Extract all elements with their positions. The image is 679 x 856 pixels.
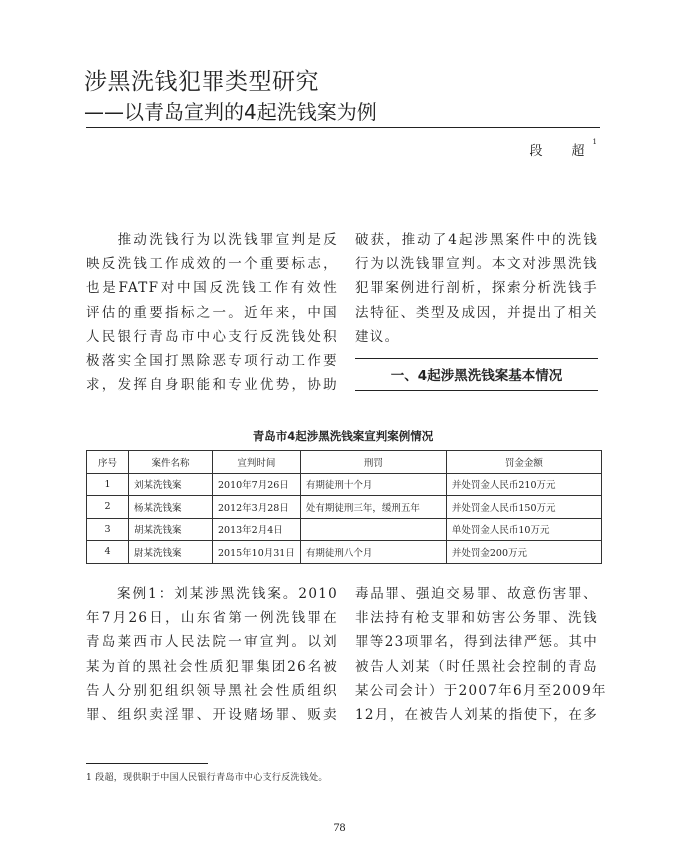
text-line: 犯罪案例进行剖析，探索分析洗钱手 bbox=[355, 276, 598, 300]
cell-case-name: 刘某洗钱案 bbox=[129, 473, 213, 496]
cell-no: 3 bbox=[87, 518, 129, 541]
text-line: 映反洗钱工作成效的一个重要标志， bbox=[86, 252, 338, 276]
cell-verdict-date: 2010年7月26日 bbox=[213, 473, 301, 496]
text-line: 青岛莱西市人民法院一审宣判。以刘 bbox=[86, 630, 338, 654]
text-line: 也是FATF对中国反洗钱工作有效性 bbox=[86, 276, 338, 300]
table-row: 3 胡某洗钱案 2013年2月4日 单处罚金人民币10万元 bbox=[87, 518, 602, 541]
text-line: 12月，在被告人刘某的指使下，在多 bbox=[355, 703, 598, 727]
cell-fine: 并处罚金人民币210万元 bbox=[446, 473, 601, 496]
text-line: 建议。 bbox=[355, 325, 598, 349]
column-header-penalty: 刑罚 bbox=[300, 451, 446, 474]
text-line: 某公司会计）于2007年6月至2009年 bbox=[355, 679, 598, 703]
author-byline: 段 超1 bbox=[530, 140, 597, 159]
text-line: 人民银行青岛市中心支行反洗钱处积 bbox=[86, 325, 338, 349]
text-line: 被告人刘某（时任黑社会控制的青岛 bbox=[355, 655, 598, 679]
footnote: 1 段超，现供职于中国人民银行青岛市中心支行反洗钱处。 bbox=[86, 770, 328, 783]
table-row: 1 刘某洗钱案 2010年7月26日 有期徒刑十个月 并处罚金人民币210万元 bbox=[87, 473, 602, 496]
cell-penalty: 有期徒刑十个月 bbox=[300, 473, 446, 496]
cell-verdict-date: 2012年3月28日 bbox=[213, 496, 301, 519]
text-line: 极落实全国打黑除恶专项行动工作要 bbox=[86, 349, 338, 373]
intro-right-column: 破获，推动了4起涉黑案件中的洗钱 行为以洗钱罪宣判。本文对涉黑洗钱 犯罪案例进行… bbox=[355, 228, 598, 349]
text-line: 推动洗钱行为以洗钱罪宣判是反 bbox=[86, 228, 338, 252]
column-header-case-name: 案件名称 bbox=[129, 451, 213, 474]
cell-no: 4 bbox=[87, 541, 129, 564]
cell-no: 1 bbox=[87, 473, 129, 496]
cell-case-name: 胡某洗钱案 bbox=[129, 518, 213, 541]
cases-table: 序号 案件名称 宣判时间 刑罚 罚金金额 1 刘某洗钱案 2010年7月26日 … bbox=[86, 450, 602, 564]
text-line: 行为以洗钱罪宣判。本文对涉黑洗钱 bbox=[355, 252, 598, 276]
title-divider bbox=[86, 127, 600, 128]
text-line: 案例1：刘某涉黑洗钱案。2010 bbox=[86, 582, 338, 606]
footnote-divider bbox=[86, 763, 208, 764]
text-line: 告人分别犯组织领导黑社会性质组织 bbox=[86, 679, 338, 703]
text-line: 罪等23项罪名，得到法律严惩。其中 bbox=[355, 630, 598, 654]
author-footnote-mark: 1 bbox=[593, 138, 597, 146]
cell-penalty: 处有期徒刑三年，缓刑五年 bbox=[300, 496, 446, 519]
text-line: 年7月26日，山东省第一例洗钱罪在 bbox=[86, 606, 338, 630]
text-line: 某为首的黑社会性质犯罪集团26名被 bbox=[86, 655, 338, 679]
table-row: 2 杨某洗钱案 2012年3月28日 处有期徒刑三年，缓刑五年 并处罚金人民币1… bbox=[87, 496, 602, 519]
text-line: 罪、组织卖淫罪、开设赌场罪、贩卖 bbox=[86, 703, 338, 727]
section-rule-bottom bbox=[355, 390, 598, 391]
cell-fine: 单处罚金人民币10万元 bbox=[446, 518, 601, 541]
text-line: 法特征、类型及成因，并提出了相关 bbox=[355, 301, 598, 325]
article-subtitle: ——以青岛宣判的4起洗钱案为例 bbox=[84, 96, 377, 125]
text-line: 毒品罪、强迫交易罪、故意伤害罪、 bbox=[355, 582, 598, 606]
intro-left-column: 推动洗钱行为以洗钱罪宣判是反 映反洗钱工作成效的一个重要标志， 也是FATF对中… bbox=[86, 228, 338, 397]
author-name: 段 超 bbox=[530, 144, 593, 159]
cell-case-name: 尉某洗钱案 bbox=[129, 541, 213, 564]
cell-case-name: 杨某洗钱案 bbox=[129, 496, 213, 519]
table-row: 4 尉某洗钱案 2015年10月31日 有期徒刑八个月 并处罚金200万元 bbox=[87, 541, 602, 564]
section-rule-top bbox=[355, 358, 598, 359]
cell-verdict-date: 2013年2月4日 bbox=[213, 518, 301, 541]
column-header-verdict-date: 宣判时间 bbox=[213, 451, 301, 474]
cell-fine: 并处罚金200万元 bbox=[446, 541, 601, 564]
case1-right-column: 毒品罪、强迫交易罪、故意伤害罪、 非法持有枪支罪和妨害公务罪、洗钱 罪等23项罪… bbox=[355, 582, 598, 727]
column-header-no: 序号 bbox=[87, 451, 129, 474]
cell-no: 2 bbox=[87, 496, 129, 519]
cell-verdict-date: 2015年10月31日 bbox=[213, 541, 301, 564]
text-line: 评估的重要指标之一。近年来，中国 bbox=[86, 301, 338, 325]
table-header-row: 序号 案件名称 宣判时间 刑罚 罚金金额 bbox=[87, 451, 602, 474]
section-heading: 一、4起涉黑洗钱案基本情况 bbox=[355, 364, 598, 384]
table-caption: 青岛市4起涉黑洗钱案宣判案例情况 bbox=[86, 428, 600, 444]
cell-fine: 并处罚金人民币150万元 bbox=[446, 496, 601, 519]
cell-penalty bbox=[300, 518, 446, 541]
case1-left-column: 案例1：刘某涉黑洗钱案。2010 年7月26日，山东省第一例洗钱罪在 青岛莱西市… bbox=[86, 582, 338, 727]
cell-penalty: 有期徒刑八个月 bbox=[300, 541, 446, 564]
text-line: 求，发挥自身职能和专业优势，协助 bbox=[86, 373, 338, 397]
text-line: 非法持有枪支罪和妨害公务罪、洗钱 bbox=[355, 606, 598, 630]
column-header-fine: 罚金金额 bbox=[446, 451, 601, 474]
text-line: 破获，推动了4起涉黑案件中的洗钱 bbox=[355, 228, 598, 252]
page-number: 78 bbox=[0, 820, 679, 835]
article-title: 涉黑洗钱犯罪类型研究 bbox=[84, 63, 319, 96]
